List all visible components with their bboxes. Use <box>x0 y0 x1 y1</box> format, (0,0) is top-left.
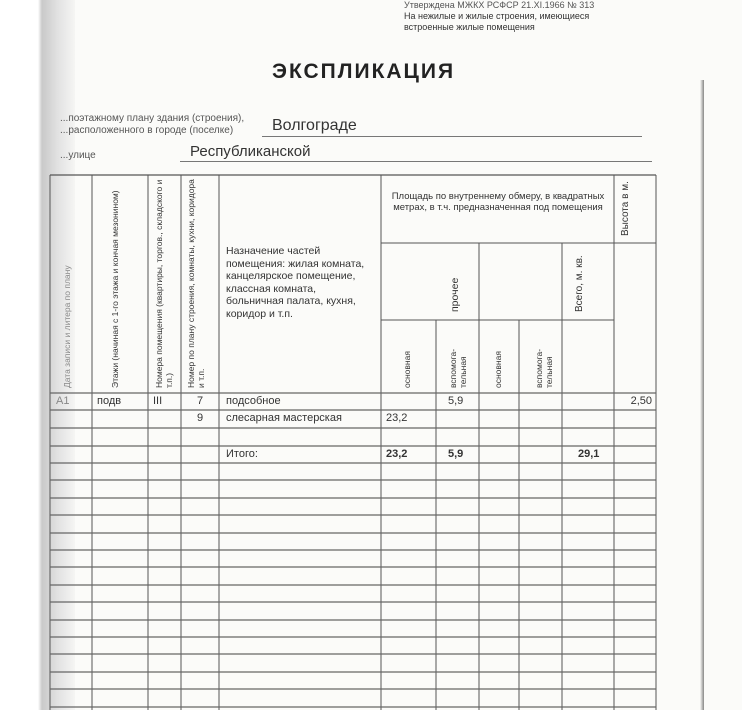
header-room-no: Номер по плану строения, комнаты, кухни,… <box>186 178 206 388</box>
cell-main1: 23,2 <box>386 448 407 460</box>
header-aux-1: вспомога-тельная <box>448 326 468 388</box>
cell-room-no: 9 <box>181 412 219 424</box>
cell-aux1: 5,9 <box>448 395 463 407</box>
cell-room-no: 7 <box>181 395 219 407</box>
cell-main1: 23,2 <box>386 412 407 424</box>
cell-purpose: подсобное <box>226 395 281 407</box>
cell-height: 2,50 <box>614 395 652 407</box>
cell-total: 29,1 <box>578 448 599 460</box>
header-date: Дата записи и литера по плану <box>62 178 72 388</box>
header-main-1: основная <box>402 351 412 388</box>
header-other: прочее <box>450 278 460 312</box>
cell-date: А1 <box>56 395 69 407</box>
cell-premises: III <box>153 395 162 407</box>
header-purpose: Назначение частей помещения: жилая комна… <box>226 245 376 320</box>
header-aux-2: вспомога-тельная <box>534 326 554 388</box>
header-premises: Номера помещения (квартиры, торгов., скл… <box>154 178 174 388</box>
cell-purpose: Итого: <box>226 448 258 460</box>
header-total: Всего, м. кв. <box>575 248 585 312</box>
header-floor: Этажи (начиная с 1-го этажа и кончая мез… <box>110 178 120 388</box>
header-area: Площадь по внутреннему обмеру, в квадрат… <box>386 191 610 213</box>
cell-purpose: слесарная мастерская <box>226 412 342 424</box>
header-main-2: основная <box>493 351 503 388</box>
header-height: Высота в м. <box>621 181 631 236</box>
cell-floor: подв <box>97 395 121 407</box>
cell-aux1: 5,9 <box>448 448 463 460</box>
